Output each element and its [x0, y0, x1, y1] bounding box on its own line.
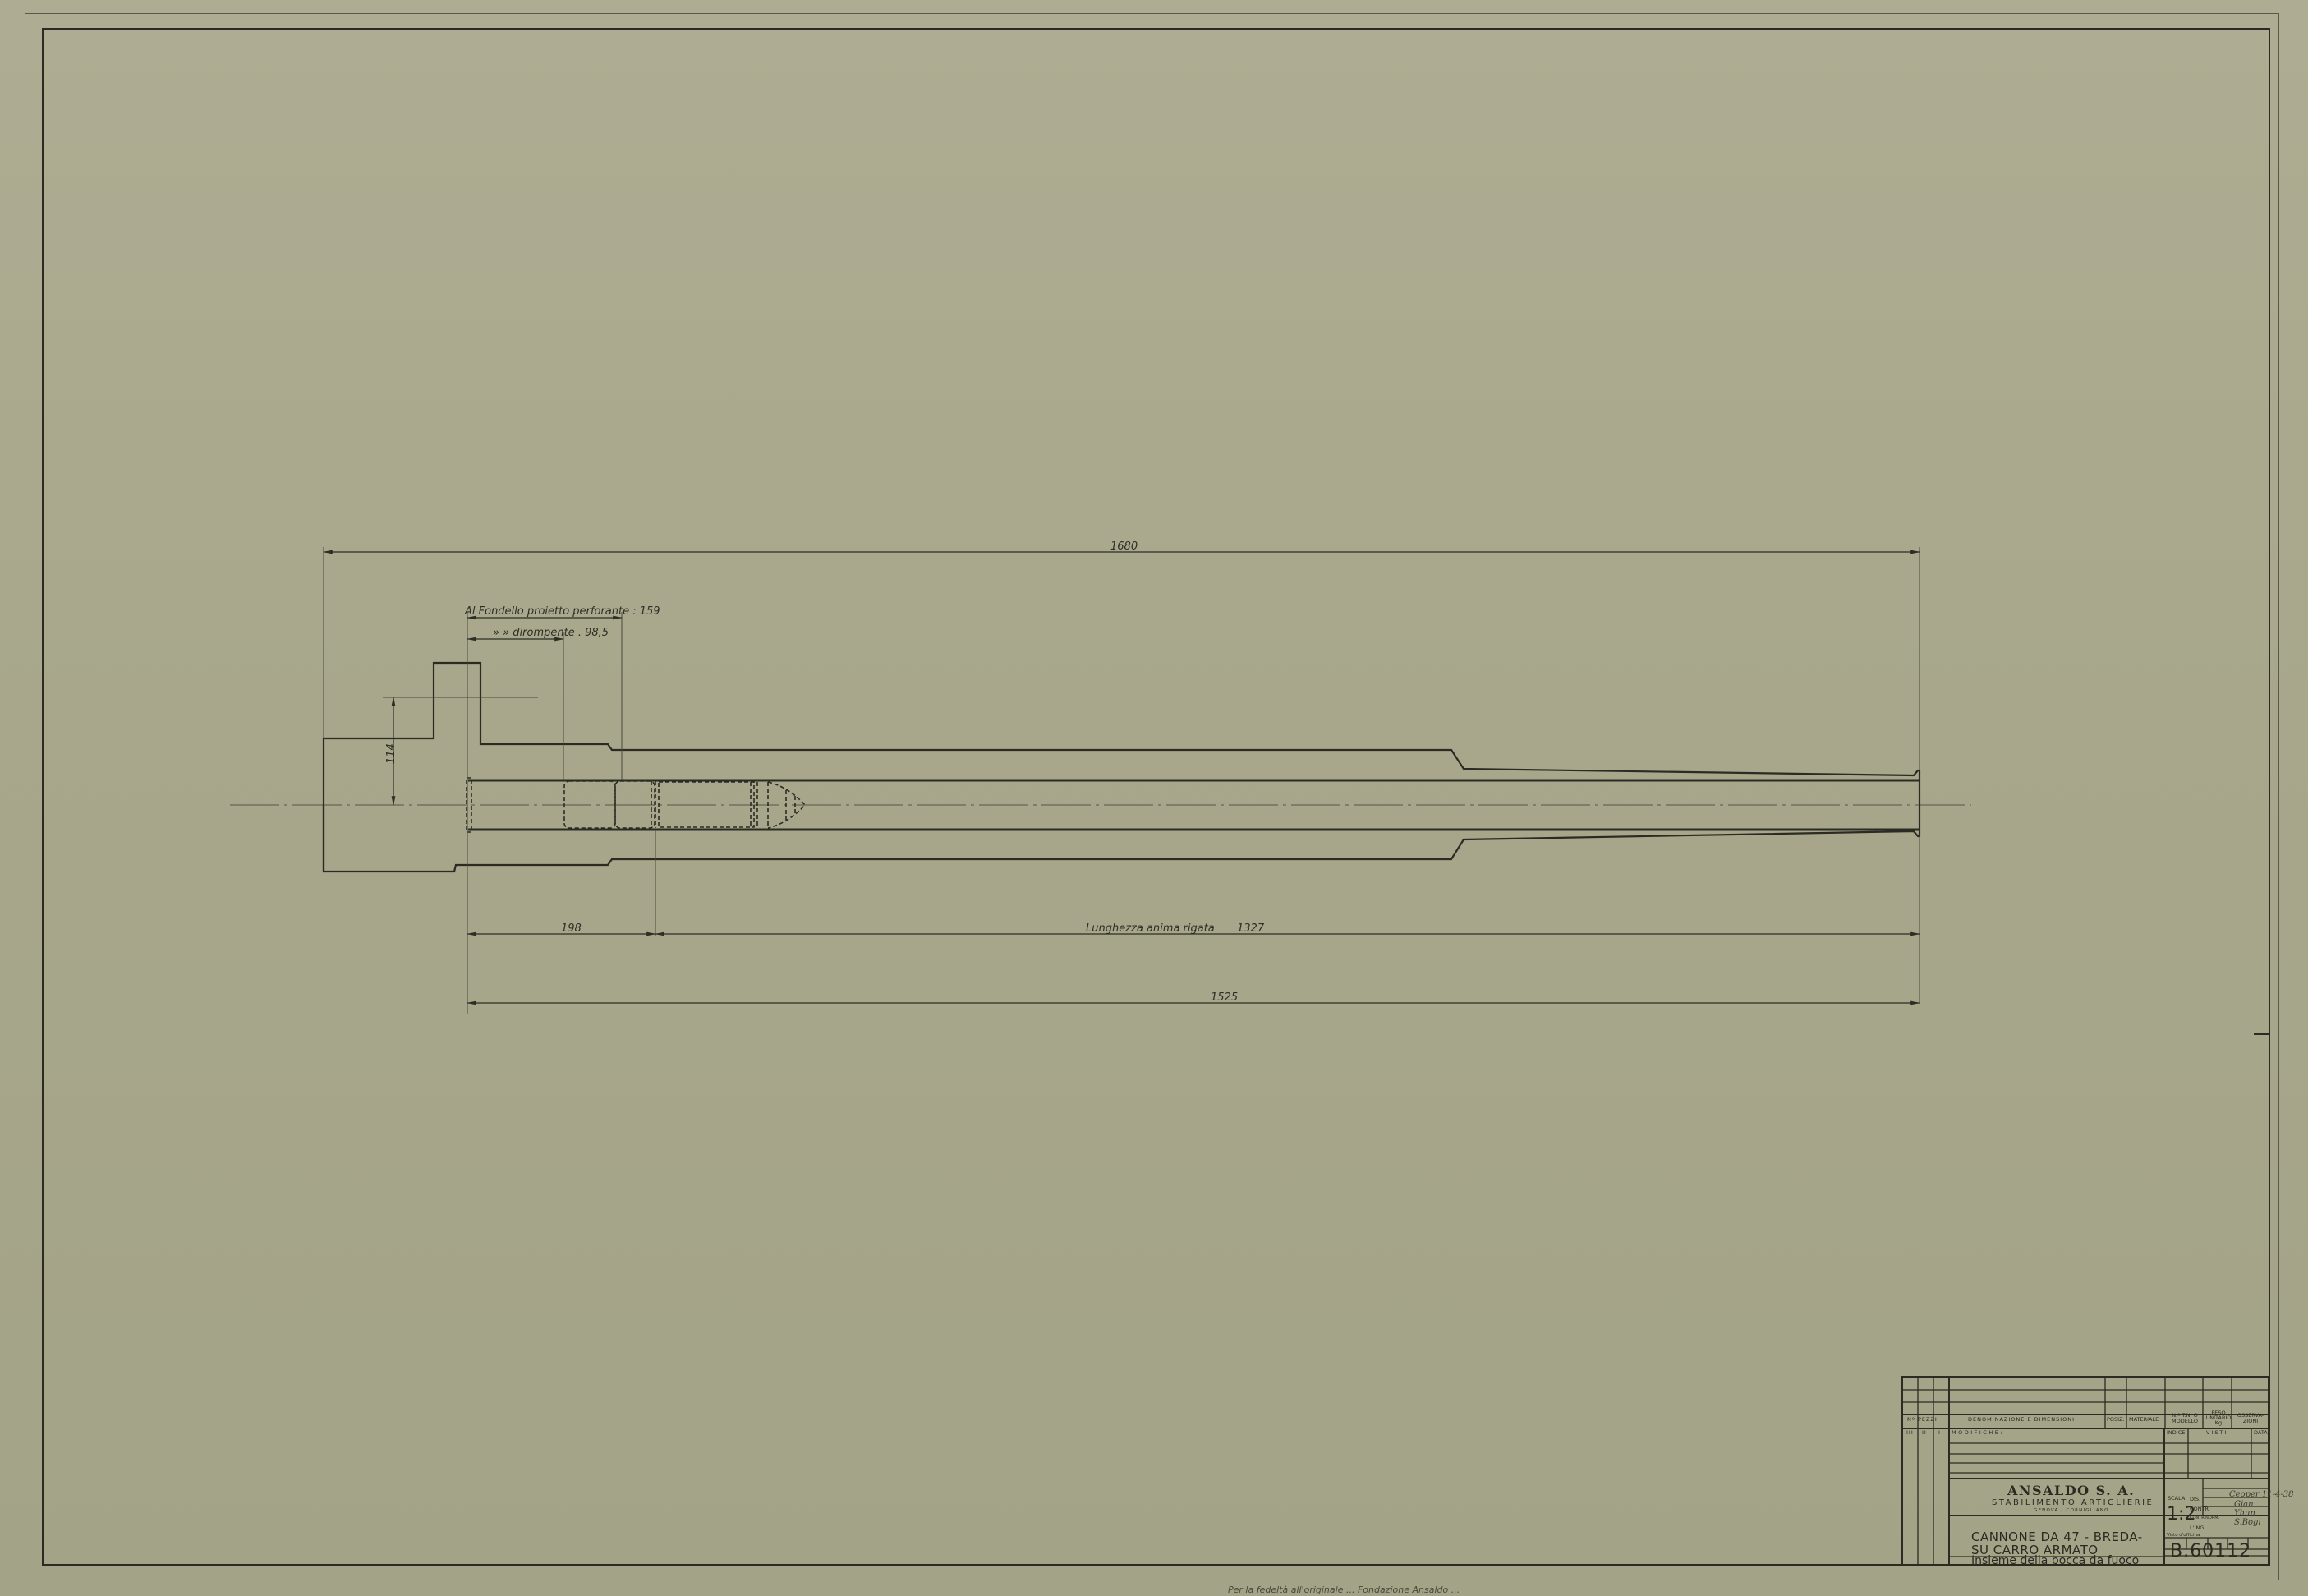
gun-barrel-drawing: 1680 Al Fondello proietto perforante : 1… [0, 0, 2308, 1596]
header-posiz: POSIZ. [2107, 1416, 2125, 1423]
rifled-bore-label: Lunghezza anima rigata [1086, 922, 1215, 935]
mod-col-3: III [1906, 1429, 1914, 1436]
footer-note: Per la fedeltà all'originale ... Fondazi… [1228, 1585, 1460, 1595]
overall-length-dim: 1680 [1110, 540, 1138, 553]
plant-city: GENOVA - CORNIGLIANO [2034, 1508, 2109, 1513]
role-ing: L'ING. [2190, 1525, 2205, 1531]
signature-dis: Ceoper 11-4-38 [2229, 1490, 2293, 1499]
header-denominazione: DENOMINAZIONE E DIMENSIONI [1968, 1416, 2075, 1423]
role-dis: DIS. [2190, 1496, 2200, 1502]
header-modello: N.º T.N. O MODELLO [2167, 1413, 2203, 1424]
signature-contr-norm: Yhun [2234, 1509, 2255, 1518]
mod-col-2: II [1922, 1429, 1927, 1436]
signature-ing: S.Bogi [2234, 1518, 2261, 1527]
scale-label: SCALA [2168, 1495, 2185, 1502]
header-materiale: MATERIALE [2129, 1416, 2159, 1423]
company-name: ANSALDO S. A. [2007, 1483, 2135, 1498]
role-contr: CONTR. [2190, 1506, 2210, 1512]
dimension-lines [324, 552, 1920, 1003]
modifiche-label: MODIFICHE: [1952, 1429, 2004, 1436]
mod-col-1: I [1938, 1429, 1941, 1436]
header-osservazioni: OSSERVA- ZIONI [2234, 1413, 2267, 1424]
plant-name: STABILIMENTO ARTIGLIERIE [1992, 1498, 2154, 1507]
header-peso: PESO UNITARIO Kg [2205, 1410, 2232, 1425]
drawing-title-line3: Insieme della bocca da fuoco [1971, 1554, 2139, 1567]
visto-officina-label: Visto d'officina [2167, 1533, 2200, 1538]
visti-label: VISTI [2206, 1429, 2228, 1436]
title-block: Nº PEZZI DENOMINAZIONE E DIMENSIONI POSI… [1902, 1377, 2269, 1566]
drawing-number: B.60112 [2170, 1541, 2251, 1562]
header-n-pezzi: Nº PEZZI [1907, 1416, 1938, 1423]
rifled-bore-dim: 1327 [1237, 922, 1265, 935]
breech-height-dim: 114 [385, 743, 398, 764]
data-label: DATA [2254, 1429, 2268, 1436]
signature-contr: Gian [2234, 1500, 2254, 1509]
barrel-outline [324, 663, 1920, 872]
chamber-length-dim: 198 [561, 922, 582, 935]
role-contr-norm: CONTR.NORM. [2190, 1516, 2219, 1520]
bore-total-dim: 1525 [1211, 991, 1238, 1004]
ap-base-dim: Al Fondello proietto perforante : 159 [464, 605, 660, 618]
drawing-sheet: 1680 Al Fondello proietto perforante : 1… [0, 0, 2308, 1596]
he-base-dim: » » dirompente . 98,5 [493, 627, 609, 639]
indice-label: INDICE [2167, 1429, 2185, 1436]
